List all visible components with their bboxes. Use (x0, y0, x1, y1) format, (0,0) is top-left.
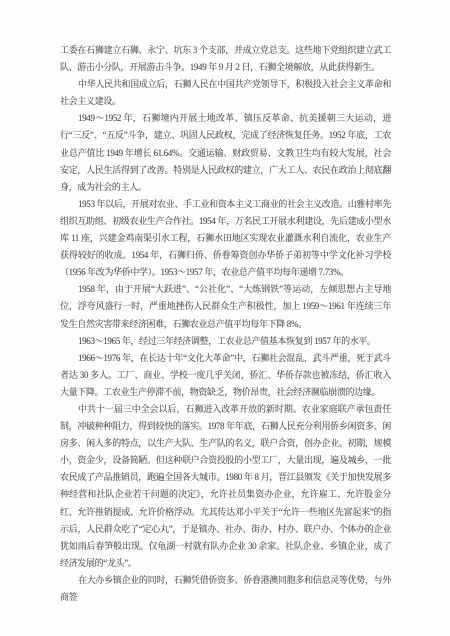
paragraph: 1958 年，由于开展“大跃进”、“公社化”、“大炼钢铁”等运动，左倾思想占主导… (60, 281, 391, 332)
paragraph: 1966～1976 年，在长达十年“文化大革命”中，石狮社会混乱，武斗严重，死于… (60, 350, 391, 401)
paragraph: 中共十一届三中全会以后，石狮进入改革开放的新时期。农业家庭联产承包责任制，冲破种… (60, 401, 391, 572)
paragraph: 1963～1965 年，经过三年经济调整，工农业总产值基本恢复到 1957 年的… (60, 333, 391, 350)
document-page: 工委在石狮建立石狮、永宁、坑东 3 个支部，并成立党总支。这些地下党组织建立武工… (0, 0, 450, 636)
paragraph: 中华人民共和国成立后，石狮人民在中国共产党领导下，积极投入社会主义革命和社会主义… (60, 76, 391, 110)
text-column: 工委在石狮建立石狮、永宁、坑东 3 个支部，并成立党总支。这些地下党组织建立武工… (60, 42, 391, 606)
paragraph-continuation: 工委在石狮建立石狮、永宁、坑东 3 个支部，并成立党总支。这些地下党组织建立武工… (60, 42, 391, 76)
paragraph: 1949～1952 年，石狮境内开展土地改革、镇压反革命、抗美援朝三大运动，进行… (60, 110, 391, 195)
paragraph: 1953 年以后，开展对农业、手工业和资本主义工商业的社会主义改造。山雅村率先组… (60, 196, 391, 281)
paragraph-incomplete: 在大办乡镇企业的同时，石狮凭借侨资多、侨眷港澳同胞多和信息灵等优势，与外商签 (60, 572, 391, 606)
